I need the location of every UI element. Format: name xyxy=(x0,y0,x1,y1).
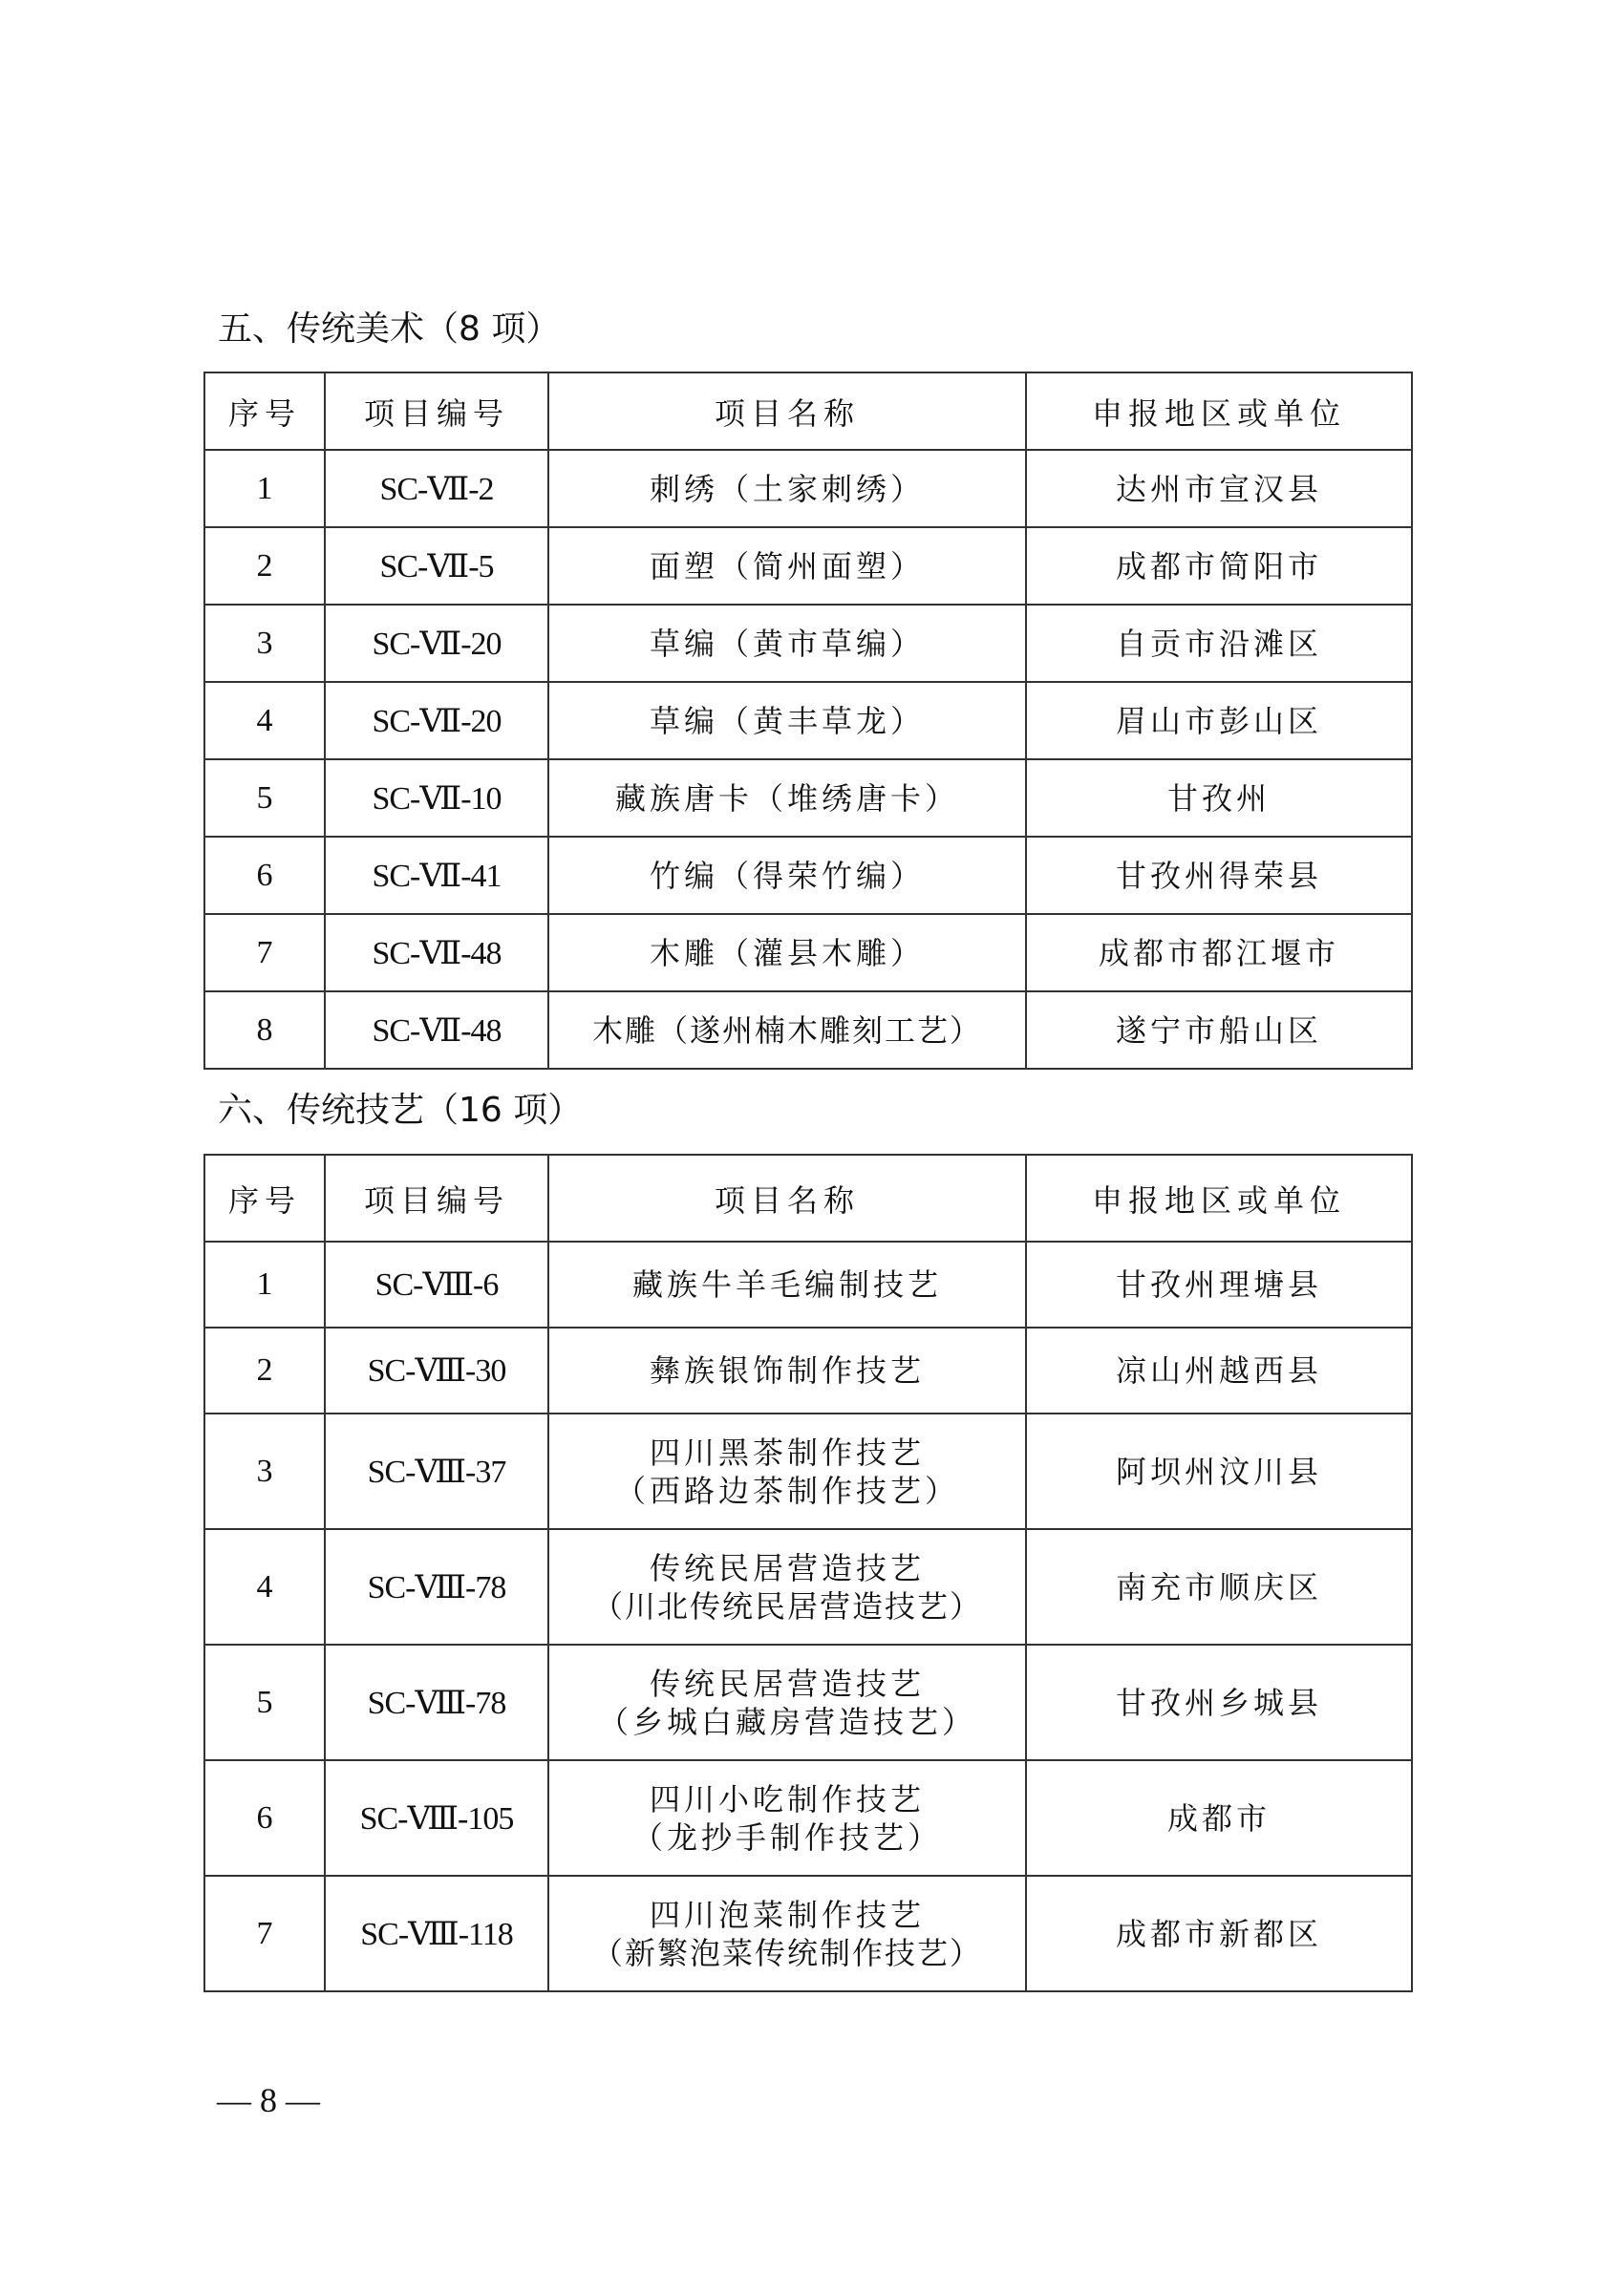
column-header-region: 申报地区或单位 xyxy=(1026,372,1412,450)
project-name-line: 传统民居营造技艺 xyxy=(549,1549,1025,1587)
column-header-code: 项目编号 xyxy=(325,1155,548,1242)
column-header-region: 申报地区或单位 xyxy=(1026,1155,1412,1242)
project-code: SC-Ⅷ-105 xyxy=(325,1760,548,1876)
region: 达州市宣汉县 xyxy=(1026,450,1412,527)
row-index: 4 xyxy=(204,1529,325,1645)
project-name: 草编（黄丰草龙） xyxy=(548,682,1026,759)
project-name: 四川泡菜制作技艺 （新繁泡菜传统制作技艺） xyxy=(548,1876,1026,1991)
region: 眉山市彭山区 xyxy=(1026,682,1412,759)
region: 成都市都江堰市 xyxy=(1026,914,1412,991)
table-row: 3 SC-Ⅶ-20 草编（黄市草编） 自贡市沿滩区 xyxy=(204,605,1412,682)
row-index: 6 xyxy=(204,837,325,914)
row-index: 1 xyxy=(204,450,325,527)
row-index: 4 xyxy=(204,682,325,759)
column-header-code: 项目编号 xyxy=(325,372,548,450)
table-row: 8 SC-Ⅶ-48 木雕（遂州楠木雕刻工艺） 遂宁市船山区 xyxy=(204,991,1412,1069)
table-header-row: 序号 项目编号 项目名称 申报地区或单位 xyxy=(204,1155,1412,1242)
region: 遂宁市船山区 xyxy=(1026,991,1412,1069)
project-code: SC-Ⅶ-48 xyxy=(325,914,548,991)
project-code: SC-Ⅶ-20 xyxy=(325,682,548,759)
project-name: 传统民居营造技艺 （川北传统民居营造技艺） xyxy=(548,1529,1026,1645)
row-index: 2 xyxy=(204,527,325,605)
row-index: 1 xyxy=(204,1242,325,1328)
table-row: 5 SC-Ⅷ-78 传统民居营造技艺 （乡城白藏房营造技艺） 甘孜州乡城县 xyxy=(204,1645,1412,1760)
section-heading-traditional-craft: 六、传统技艺（16 项） xyxy=(218,1092,582,1130)
row-index: 5 xyxy=(204,759,325,837)
table-row: 7 SC-Ⅶ-48 木雕（灌县木雕） 成都市都江堰市 xyxy=(204,914,1412,991)
project-code: SC-Ⅶ-2 xyxy=(325,450,548,527)
project-name-line: 四川泡菜制作技艺 xyxy=(549,1896,1025,1934)
region: 甘孜州乡城县 xyxy=(1026,1645,1412,1760)
project-code: SC-Ⅷ-78 xyxy=(325,1529,548,1645)
row-index: 3 xyxy=(204,1414,325,1529)
table-row: 1 SC-Ⅷ-6 藏族牛羊毛编制技艺 甘孜州理塘县 xyxy=(204,1242,1412,1328)
table-row: 1 SC-Ⅶ-2 刺绣（土家刺绣） 达州市宣汉县 xyxy=(204,450,1412,527)
table-row: 7 SC-Ⅷ-118 四川泡菜制作技艺 （新繁泡菜传统制作技艺） 成都市新都区 xyxy=(204,1876,1412,1991)
project-name: 藏族牛羊毛编制技艺 xyxy=(548,1242,1026,1328)
column-header-index: 序号 xyxy=(204,372,325,450)
table-row: 5 SC-Ⅶ-10 藏族唐卡（堆绣唐卡） 甘孜州 xyxy=(204,759,1412,837)
project-name: 传统民居营造技艺 （乡城白藏房营造技艺） xyxy=(548,1645,1026,1760)
project-name: 四川小吃制作技艺 （龙抄手制作技艺） xyxy=(548,1760,1026,1876)
traditional-art-table: 序号 项目编号 项目名称 申报地区或单位 1 SC-Ⅶ-2 刺绣（土家刺绣） 达… xyxy=(203,372,1413,1070)
table-row: 3 SC-Ⅷ-37 四川黑茶制作技艺 （西路边茶制作技艺） 阿坝州汶川县 xyxy=(204,1414,1412,1529)
row-index: 5 xyxy=(204,1645,325,1760)
row-index: 8 xyxy=(204,991,325,1069)
section-heading-traditional-art: 五、传统美术（8 项） xyxy=(218,310,560,349)
row-index: 7 xyxy=(204,1876,325,1991)
project-name-subline: （西路边茶制作技艺） xyxy=(549,1472,1025,1510)
table-row: 6 SC-Ⅶ-41 竹编（得荣竹编） 甘孜州得荣县 xyxy=(204,837,1412,914)
region: 阿坝州汶川县 xyxy=(1026,1414,1412,1529)
table-row: 4 SC-Ⅶ-20 草编（黄丰草龙） 眉山市彭山区 xyxy=(204,682,1412,759)
project-name-subline: （龙抄手制作技艺） xyxy=(549,1818,1025,1857)
project-name-line: 传统民居营造技艺 xyxy=(549,1665,1025,1703)
project-name: 竹编（得荣竹编） xyxy=(548,837,1026,914)
project-code: SC-Ⅶ-41 xyxy=(325,837,548,914)
project-name: 草编（黄市草编） xyxy=(548,605,1026,682)
project-code: SC-Ⅷ-6 xyxy=(325,1242,548,1328)
project-name-line: 四川小吃制作技艺 xyxy=(549,1780,1025,1818)
region: 凉山州越西县 xyxy=(1026,1328,1412,1414)
project-name: 刺绣（土家刺绣） xyxy=(548,450,1026,527)
region: 甘孜州得荣县 xyxy=(1026,837,1412,914)
project-name: 彝族银饰制作技艺 xyxy=(548,1328,1026,1414)
column-header-name: 项目名称 xyxy=(548,372,1026,450)
project-code: SC-Ⅷ-37 xyxy=(325,1414,548,1529)
region: 成都市新都区 xyxy=(1026,1876,1412,1991)
column-header-index: 序号 xyxy=(204,1155,325,1242)
row-index: 7 xyxy=(204,914,325,991)
region: 成都市 xyxy=(1026,1760,1412,1876)
region: 甘孜州 xyxy=(1026,759,1412,837)
table-header-row: 序号 项目编号 项目名称 申报地区或单位 xyxy=(204,372,1412,450)
region: 甘孜州理塘县 xyxy=(1026,1242,1412,1328)
table-row: 2 SC-Ⅷ-30 彝族银饰制作技艺 凉山州越西县 xyxy=(204,1328,1412,1414)
region: 自贡市沿滩区 xyxy=(1026,605,1412,682)
traditional-craft-table: 序号 项目编号 项目名称 申报地区或单位 1 SC-Ⅷ-6 藏族牛羊毛编制技艺 … xyxy=(203,1154,1413,1992)
project-name: 四川黑茶制作技艺 （西路边茶制作技艺） xyxy=(548,1414,1026,1529)
project-name: 木雕（遂州楠木雕刻工艺） xyxy=(548,991,1026,1069)
project-name: 面塑（简州面塑） xyxy=(548,527,1026,605)
row-index: 6 xyxy=(204,1760,325,1876)
project-code: SC-Ⅶ-48 xyxy=(325,991,548,1069)
project-name-subline: （新繁泡菜传统制作技艺） xyxy=(549,1934,1025,1972)
project-name-subline: （乡城白藏房营造技艺） xyxy=(549,1703,1025,1741)
row-index: 3 xyxy=(204,605,325,682)
project-code: SC-Ⅶ-5 xyxy=(325,527,548,605)
project-name-subline: （川北传统民居营造技艺） xyxy=(549,1587,1025,1626)
page-number: — 8 — xyxy=(217,2080,320,2120)
project-code: SC-Ⅷ-30 xyxy=(325,1328,548,1414)
region: 南充市顺庆区 xyxy=(1026,1529,1412,1645)
row-index: 2 xyxy=(204,1328,325,1414)
project-code: SC-Ⅷ-78 xyxy=(325,1645,548,1760)
project-code: SC-Ⅶ-20 xyxy=(325,605,548,682)
column-header-name: 项目名称 xyxy=(548,1155,1026,1242)
project-name: 木雕（灌县木雕） xyxy=(548,914,1026,991)
project-code: SC-Ⅷ-118 xyxy=(325,1876,548,1991)
project-name-line: 四川黑茶制作技艺 xyxy=(549,1434,1025,1472)
project-name: 藏族唐卡（堆绣唐卡） xyxy=(548,759,1026,837)
project-code: SC-Ⅶ-10 xyxy=(325,759,548,837)
table-row: 4 SC-Ⅷ-78 传统民居营造技艺 （川北传统民居营造技艺） 南充市顺庆区 xyxy=(204,1529,1412,1645)
table-row: 6 SC-Ⅷ-105 四川小吃制作技艺 （龙抄手制作技艺） 成都市 xyxy=(204,1760,1412,1876)
region: 成都市简阳市 xyxy=(1026,527,1412,605)
table-row: 2 SC-Ⅶ-5 面塑（简州面塑） 成都市简阳市 xyxy=(204,527,1412,605)
